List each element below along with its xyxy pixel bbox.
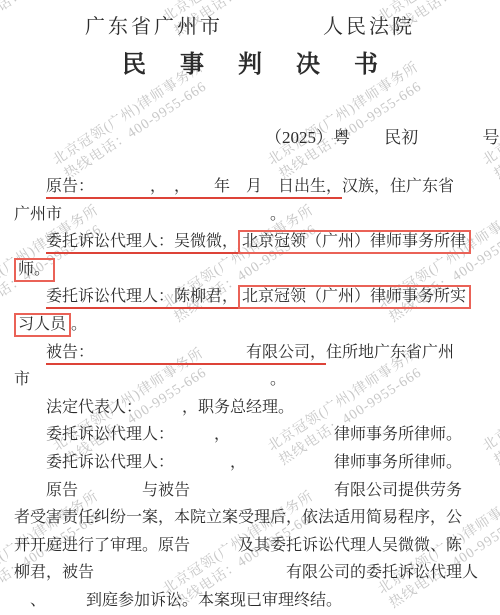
text-segment: 汉族，住广东省 <box>342 178 454 195</box>
text-segment: 。 <box>71 316 87 333</box>
text-segment: 原告 与被告 有限公司提供劳务 <box>14 482 462 499</box>
red-box-segment: 习人员 <box>14 313 71 337</box>
document-line: 市 。 <box>14 366 496 394</box>
text-segment: 、 到庭参加诉讼。本案现已审理终结。 <box>14 592 342 609</box>
document-line: 法定代表人： ，职务总经理。 <box>14 394 496 422</box>
document-line: 委托诉讼代理人：吴微微，北京冠领（广州）律师事务所律 <box>14 228 496 256</box>
court-name-right: 人民法院 <box>323 10 415 39</box>
document-line: 委托诉讼代理人： ， 律师事务所律师。 <box>14 449 496 477</box>
judgment-document-page: 北京冠领(广州)律师事务所热线电话：400-9955-666北京冠领(广州)律师… <box>0 0 500 615</box>
document-line: 开开庭进行了审理。原告 及其委托诉讼代理人吴微微、陈 <box>14 532 496 560</box>
watermark-hotline-text: 热线电话：400-9955-666 <box>60 74 218 185</box>
document-line: 原告： ， ， 年 月 日出生，汉族，住广东省 <box>14 173 496 201</box>
document-line: 者受害责任纠纷一案，本院立案受理后，依法适用简易程序，公 <box>14 504 496 532</box>
red-underline-segment: 委托诉讼代理人：吴微微， <box>46 233 238 254</box>
case-number-middle: 民初 <box>384 128 418 147</box>
document-line: 、 到庭参加诉讼。本案现已审理终结。 <box>14 587 496 615</box>
red-box-segment: 师。 <box>14 258 55 282</box>
text-segment: 法定代表人： ，职务总经理。 <box>14 399 294 416</box>
text-segment: 柳君，被告 有限公司的委托诉讼代理人 <box>14 564 478 581</box>
text-segment <box>14 233 46 250</box>
text-segment: 广州市 。 <box>14 206 286 223</box>
document-line: 委托诉讼代理人：陈柳君，北京冠领（广州）律师事务所实 <box>14 283 496 311</box>
text-segment <box>14 344 46 361</box>
red-underline-segment: 原告： ， ， 年 月 日出生， <box>46 178 342 199</box>
court-name-left: 广东省广州市 <box>85 10 223 39</box>
case-number-suffix: 号 <box>483 128 500 147</box>
red-box-segment: 北京冠领（广州）律师事务所律 <box>238 230 471 254</box>
document-line: 原告 与被告 有限公司提供劳务 <box>14 477 496 505</box>
document-line: 师。 <box>14 256 496 284</box>
document-line: 广州市 。 <box>14 201 496 229</box>
red-box-segment: 北京冠领（广州）律师事务所实 <box>238 285 471 309</box>
court-name-line: 广东省广州市 人民法院 <box>0 10 500 39</box>
case-number-line: （2025）粤 民初 号 <box>265 123 500 148</box>
text-segment <box>14 178 46 195</box>
text-segment: 住所地广东省广州 <box>326 344 454 361</box>
document-line: 柳君，被告 有限公司的委托诉讼代理人 <box>14 559 496 587</box>
case-number-prefix: （2025）粤 <box>265 128 350 147</box>
document-title-text: 民事判决书 <box>122 44 412 79</box>
document-body: 原告： ， ， 年 月 日出生，汉族，住广东省广州市 。 委托诉讼代理人：吴微微… <box>14 173 496 615</box>
text-segment: 开开庭进行了审理。原告 及其委托诉讼代理人吴微微、陈 <box>14 537 462 554</box>
text-segment: 者受害责任纠纷一案，本院立案受理后，依法适用简易程序，公 <box>14 509 462 526</box>
text-segment: 委托诉讼代理人： ， 律师事务所律师。 <box>14 426 462 443</box>
red-underline-segment: 委托诉讼代理人：陈柳君， <box>46 288 238 309</box>
document-title: 民事判决书 <box>0 44 500 79</box>
document-line: 委托诉讼代理人： ， 律师事务所律师。 <box>14 421 496 449</box>
document-line: 被告： 有限公司，住所地广东省广州 <box>14 339 496 367</box>
document-line: 习人员。 <box>14 311 496 339</box>
red-underline-segment: 被告： 有限公司， <box>46 344 326 365</box>
text-segment: 市 。 <box>14 371 286 388</box>
text-segment <box>14 288 46 305</box>
text-segment: 委托诉讼代理人： ， 律师事务所律师。 <box>14 454 462 471</box>
